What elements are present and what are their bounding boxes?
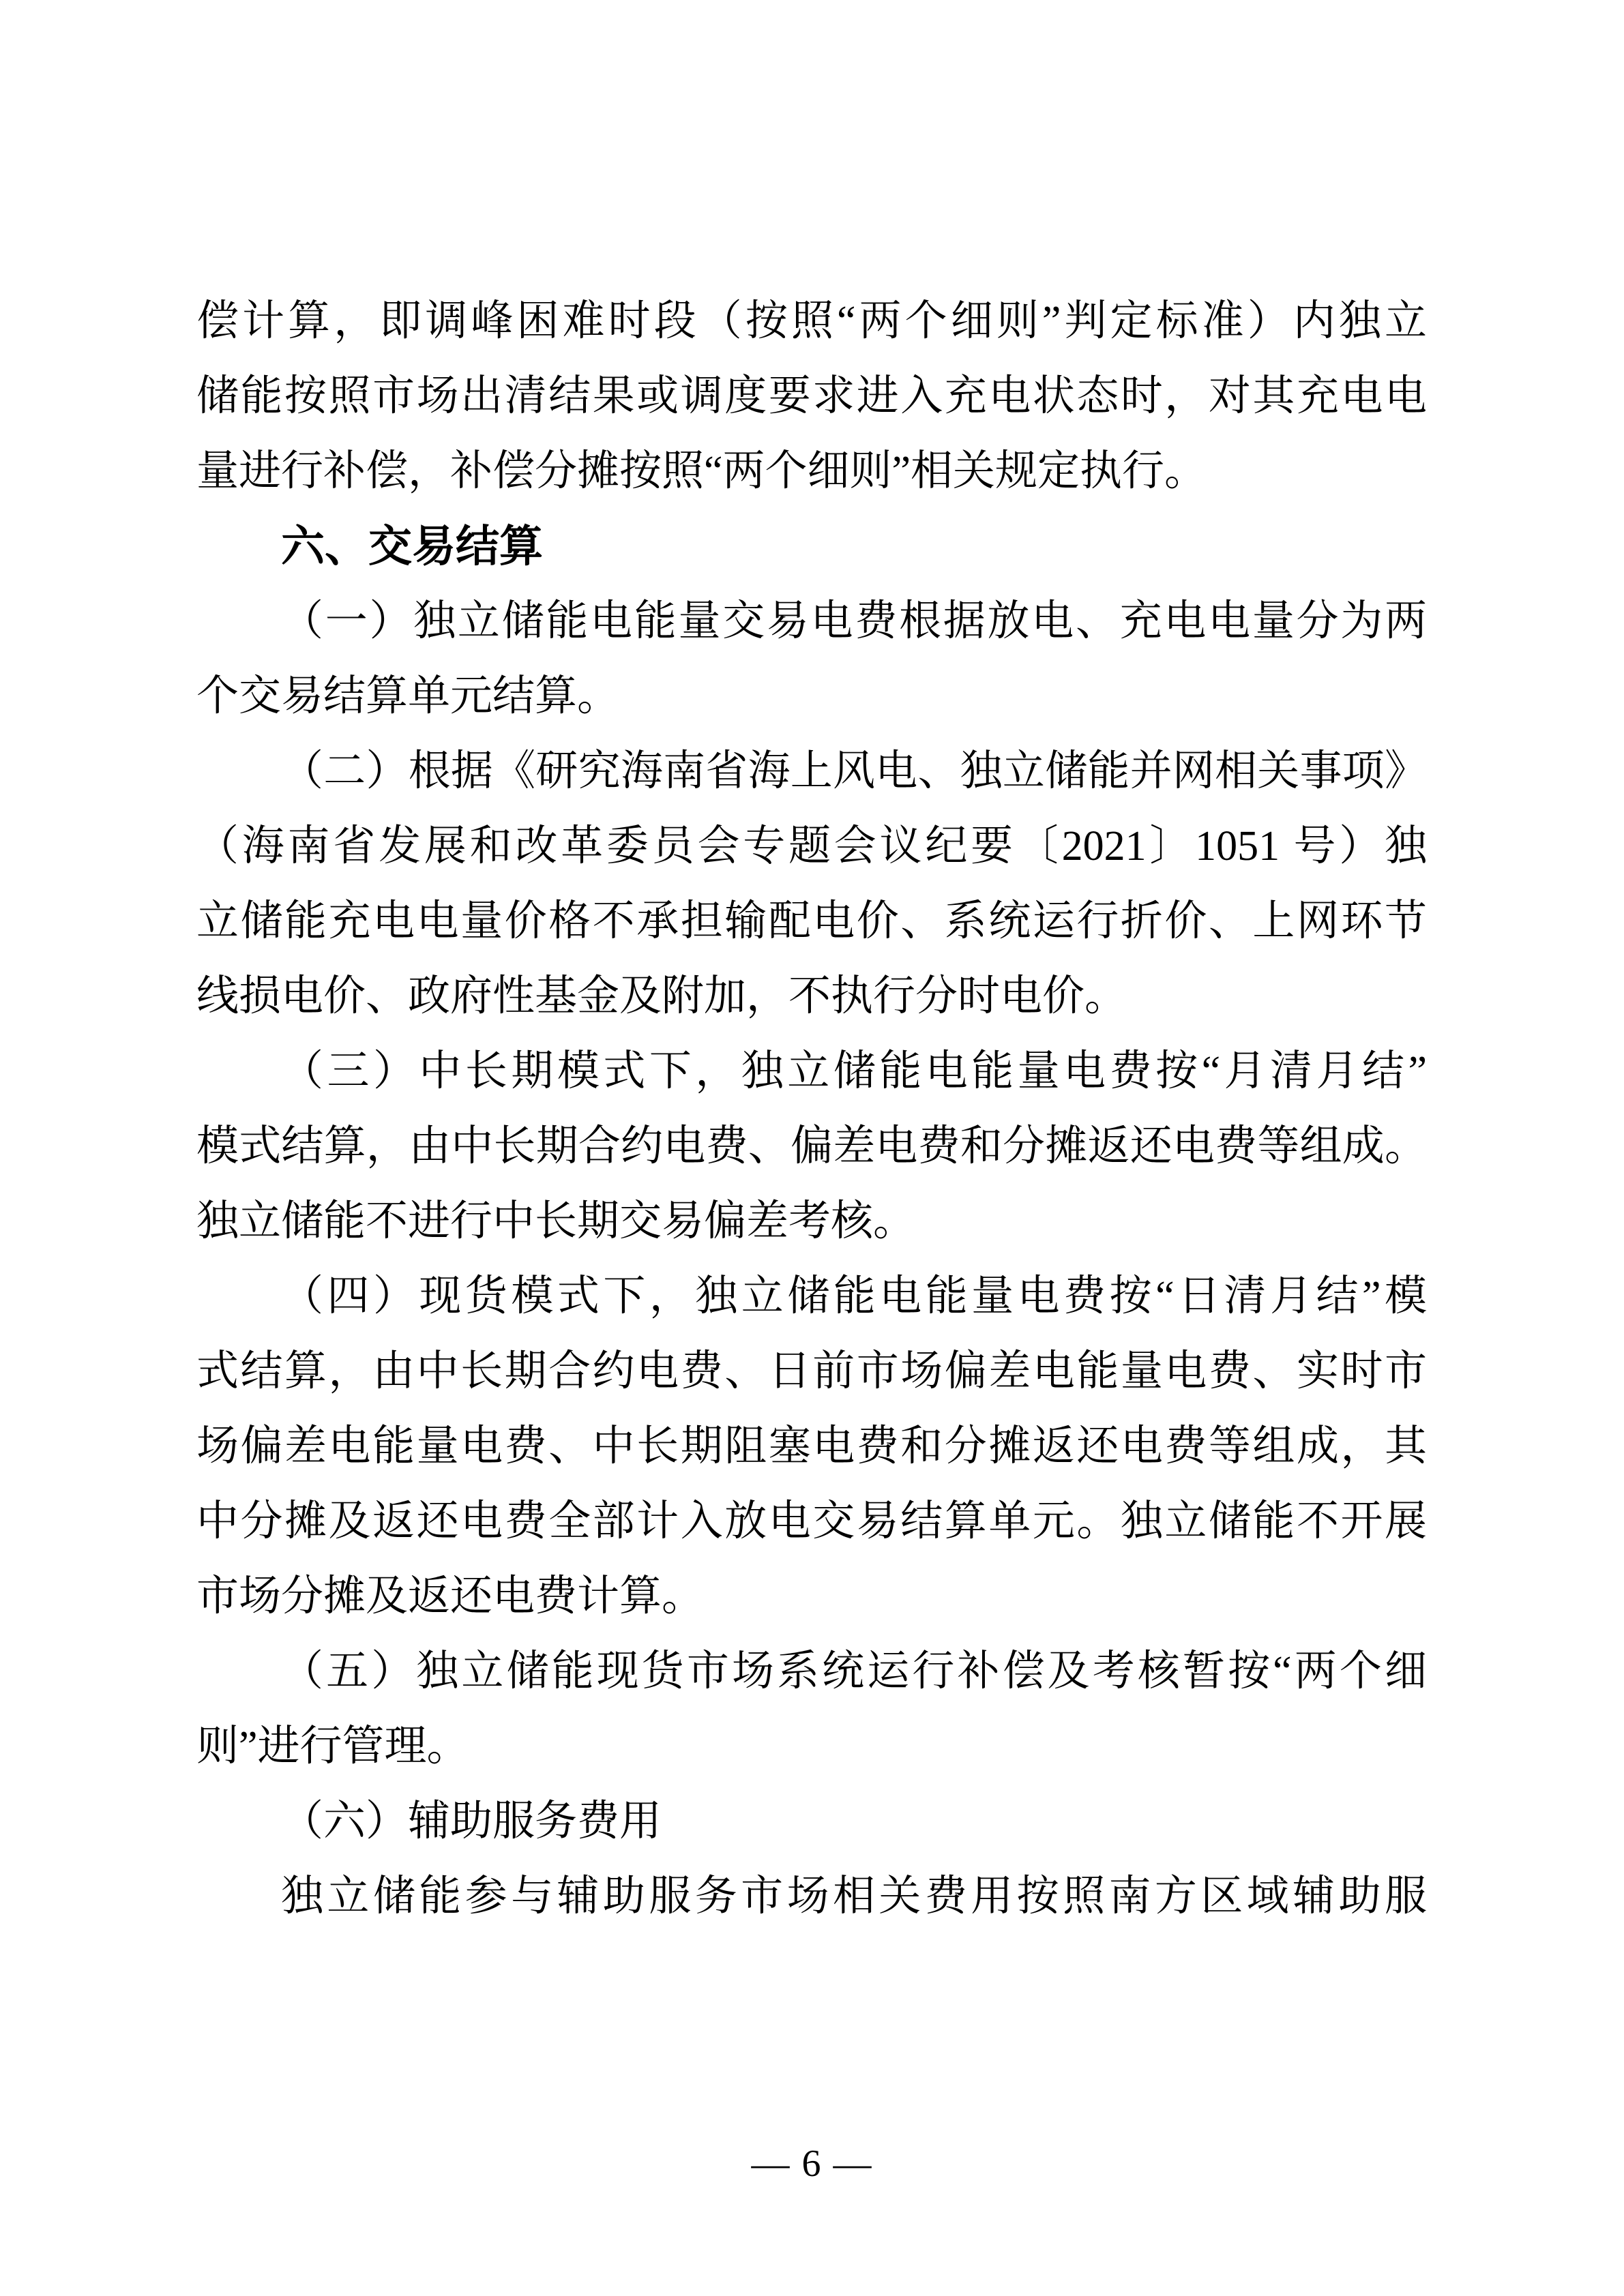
paragraph-line: 偿计算，即调峰困难时段（按照“两个细则”判定标准）内独立 xyxy=(196,284,1427,359)
paragraph-line: 模式结算，由中长期合约电费、偏差电费和分摊返还电费等组成。 xyxy=(196,1109,1427,1184)
paragraph-line: 线损电价、政府性基金及附加，不执行分时电价。 xyxy=(196,959,1427,1034)
paragraph-line: 则”进行管理。 xyxy=(196,1709,1427,1784)
paragraph-line: 独立储能不进行中长期交易偏差考核。 xyxy=(196,1184,1427,1259)
paragraph-line: （三）中长期模式下，独立储能电能量电费按“月清月结” xyxy=(196,1034,1427,1109)
paragraph-line: 中分摊及返还电费全部计入放电交易结算单元。独立储能不开展 xyxy=(196,1484,1427,1559)
paragraph-line: （五）独立储能现货市场系统运行补偿及考核暂按“两个细 xyxy=(196,1634,1427,1709)
paragraph-line: （海南省发展和改革委员会专题会议纪要〔2021〕1051 号）独 xyxy=(196,809,1427,884)
paragraph-line: 个交易结算单元结算。 xyxy=(196,659,1427,734)
paragraph-line: 式结算，由中长期合约电费、日前市场偏差电能量电费、实时市 xyxy=(196,1334,1427,1409)
document-body: 偿计算，即调峰困难时段（按照“两个细则”判定标准）内独立 储能按照市场出清结果或… xyxy=(196,284,1427,1934)
document-page: 偿计算，即调峰困难时段（按照“两个细则”判定标准）内独立 储能按照市场出清结果或… xyxy=(0,0,1624,2296)
paragraph-line: （一）独立储能电能量交易电费根据放电、充电电量分为两 xyxy=(196,584,1427,659)
paragraph-line: （四）现货模式下，独立储能电能量电费按“日清月结”模 xyxy=(196,1259,1427,1334)
paragraph-line: （二）根据《研究海南省海上风电、独立储能并网相关事项》 xyxy=(196,734,1427,809)
paragraph-line: （六）辅助服务费用 xyxy=(196,1784,1427,1859)
paragraph-line: 市场分摊及返还电费计算。 xyxy=(196,1559,1427,1634)
paragraph-line: 场偏差电能量电费、中长期阻塞电费和分摊返还电费等组成，其 xyxy=(196,1409,1427,1484)
page-number: — 6 — xyxy=(0,2126,1624,2201)
paragraph-line: 立储能充电电量价格不承担输配电价、系统运行折价、上网环节 xyxy=(196,884,1427,959)
paragraph-line: 量进行补偿，补偿分摊按照“两个细则”相关规定执行。 xyxy=(196,434,1427,509)
paragraph-line: 独立储能参与辅助服务市场相关费用按照南方区域辅助服 xyxy=(196,1859,1427,1934)
section-heading: 六、交易结算 xyxy=(196,509,1427,584)
paragraph-line: 储能按照市场出清结果或调度要求进入充电状态时，对其充电电 xyxy=(196,359,1427,434)
